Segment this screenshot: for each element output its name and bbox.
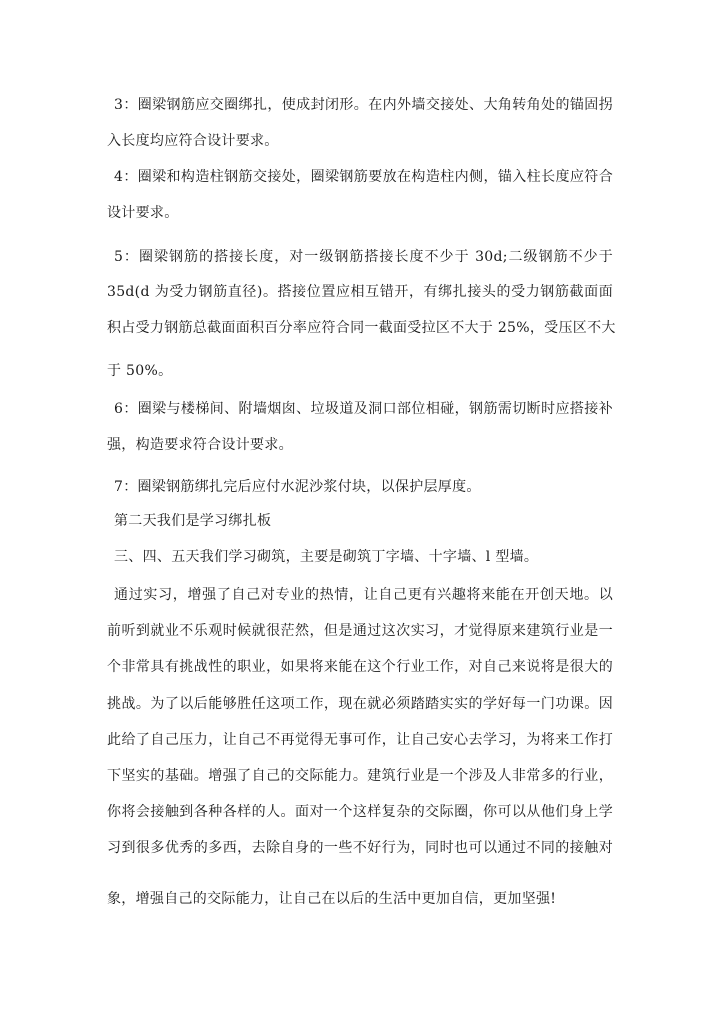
paragraph-reflection-line-8: 习到很多优秀的多西，去除自身的一些不好行为，同时也可以通过不同的接触对 (107, 838, 613, 858)
paragraph-item-6-line-1: 6：圈梁与楼梯间、附墙烟囱、垃圾道及洞口部位相碰，钢筋需切断时应搭接补 (107, 399, 613, 419)
paragraph-item-5-line-1: 5：圈梁钢筋的搭接长度，对一级钢筋搭接长度不少于 30d;二级钢筋不少于 (107, 247, 613, 267)
paragraph-reflection-line-2: 前听到就业不乐观时候就很茫然，但是通过这次实习，才觉得原来建筑行业是一 (107, 621, 613, 641)
paragraph-day-2-line-1: 第二天我们是学习绑扎板 (107, 511, 613, 531)
paragraph-item-4-line-2: 设计要求。 (107, 203, 613, 223)
paragraph-reflection-line-4: 挑战。为了以后能够胜任这项工作，现在就必须踏踏实实的学好每一门功课。因 (107, 694, 613, 714)
paragraph-item-4-line-1: 4：圈梁和构造柱钢筋交接处，圈梁钢筋要放在构造柱内侧，锚入柱长度应符合 (107, 167, 613, 187)
paragraph-item-6-line-2: 强，构造要求符合设计要求。 (107, 435, 613, 455)
paragraph-reflection-line-5: 此给了自己压力，让自己不再觉得无事可作，让自己安心去学习，为将来工作打 (107, 730, 613, 750)
paragraph-day-3-5-line-1: 三、四、五天我们学习砌筑，主要是砌筑丁字墙、十字墙、l 型墙。 (107, 547, 613, 567)
paragraph-item-7-line-1: 7：圈梁钢筋绑扎完后应付水泥沙浆付块，以保护层厚度。 (107, 477, 613, 497)
paragraph-item-3-line-1: 3：圈梁钢筋应交圈绑扎，使成封闭形。在内外墙交接处、大角转角处的锚固拐 (107, 95, 613, 115)
paragraph-item-3-line-2: 入长度均应符合设计要求。 (107, 131, 613, 151)
paragraph-reflection-line-1: 通过实习，增强了自己对专业的热情，让自己更有兴趣将来能在开创天地。以 (107, 585, 613, 605)
paragraph-reflection-line-6: 下坚实的基础。增强了自己的交际能力。建筑行业是一个涉及人非常多的行业， (107, 766, 613, 786)
paragraph-reflection-line-9: 象，增强自己的交际能力，让自己在以后的生活中更加自信，更加坚强! (107, 889, 613, 909)
paragraph-item-5-line-4: 于 50%。 (107, 361, 613, 381)
paragraph-item-5-line-3: 积占受力钢筋总截面面积百分率应符合同一截面受拉区不大于 25%，受压区不大 (107, 318, 613, 338)
paragraph-item-5-line-2: 35d(d 为受力钢筋直径)。搭接位置应相互错开，有绑扎接头的受力钢筋截面面 (107, 282, 613, 302)
paragraph-reflection-line-7: 你将会接触到各种各样的人。面对一个这样复杂的交际圈，你可以从他们身上学 (107, 802, 613, 822)
paragraph-reflection-line-3: 个非常具有挑战性的职业，如果将来能在这个行业工作，对自己来说将是很大的 (107, 657, 613, 677)
